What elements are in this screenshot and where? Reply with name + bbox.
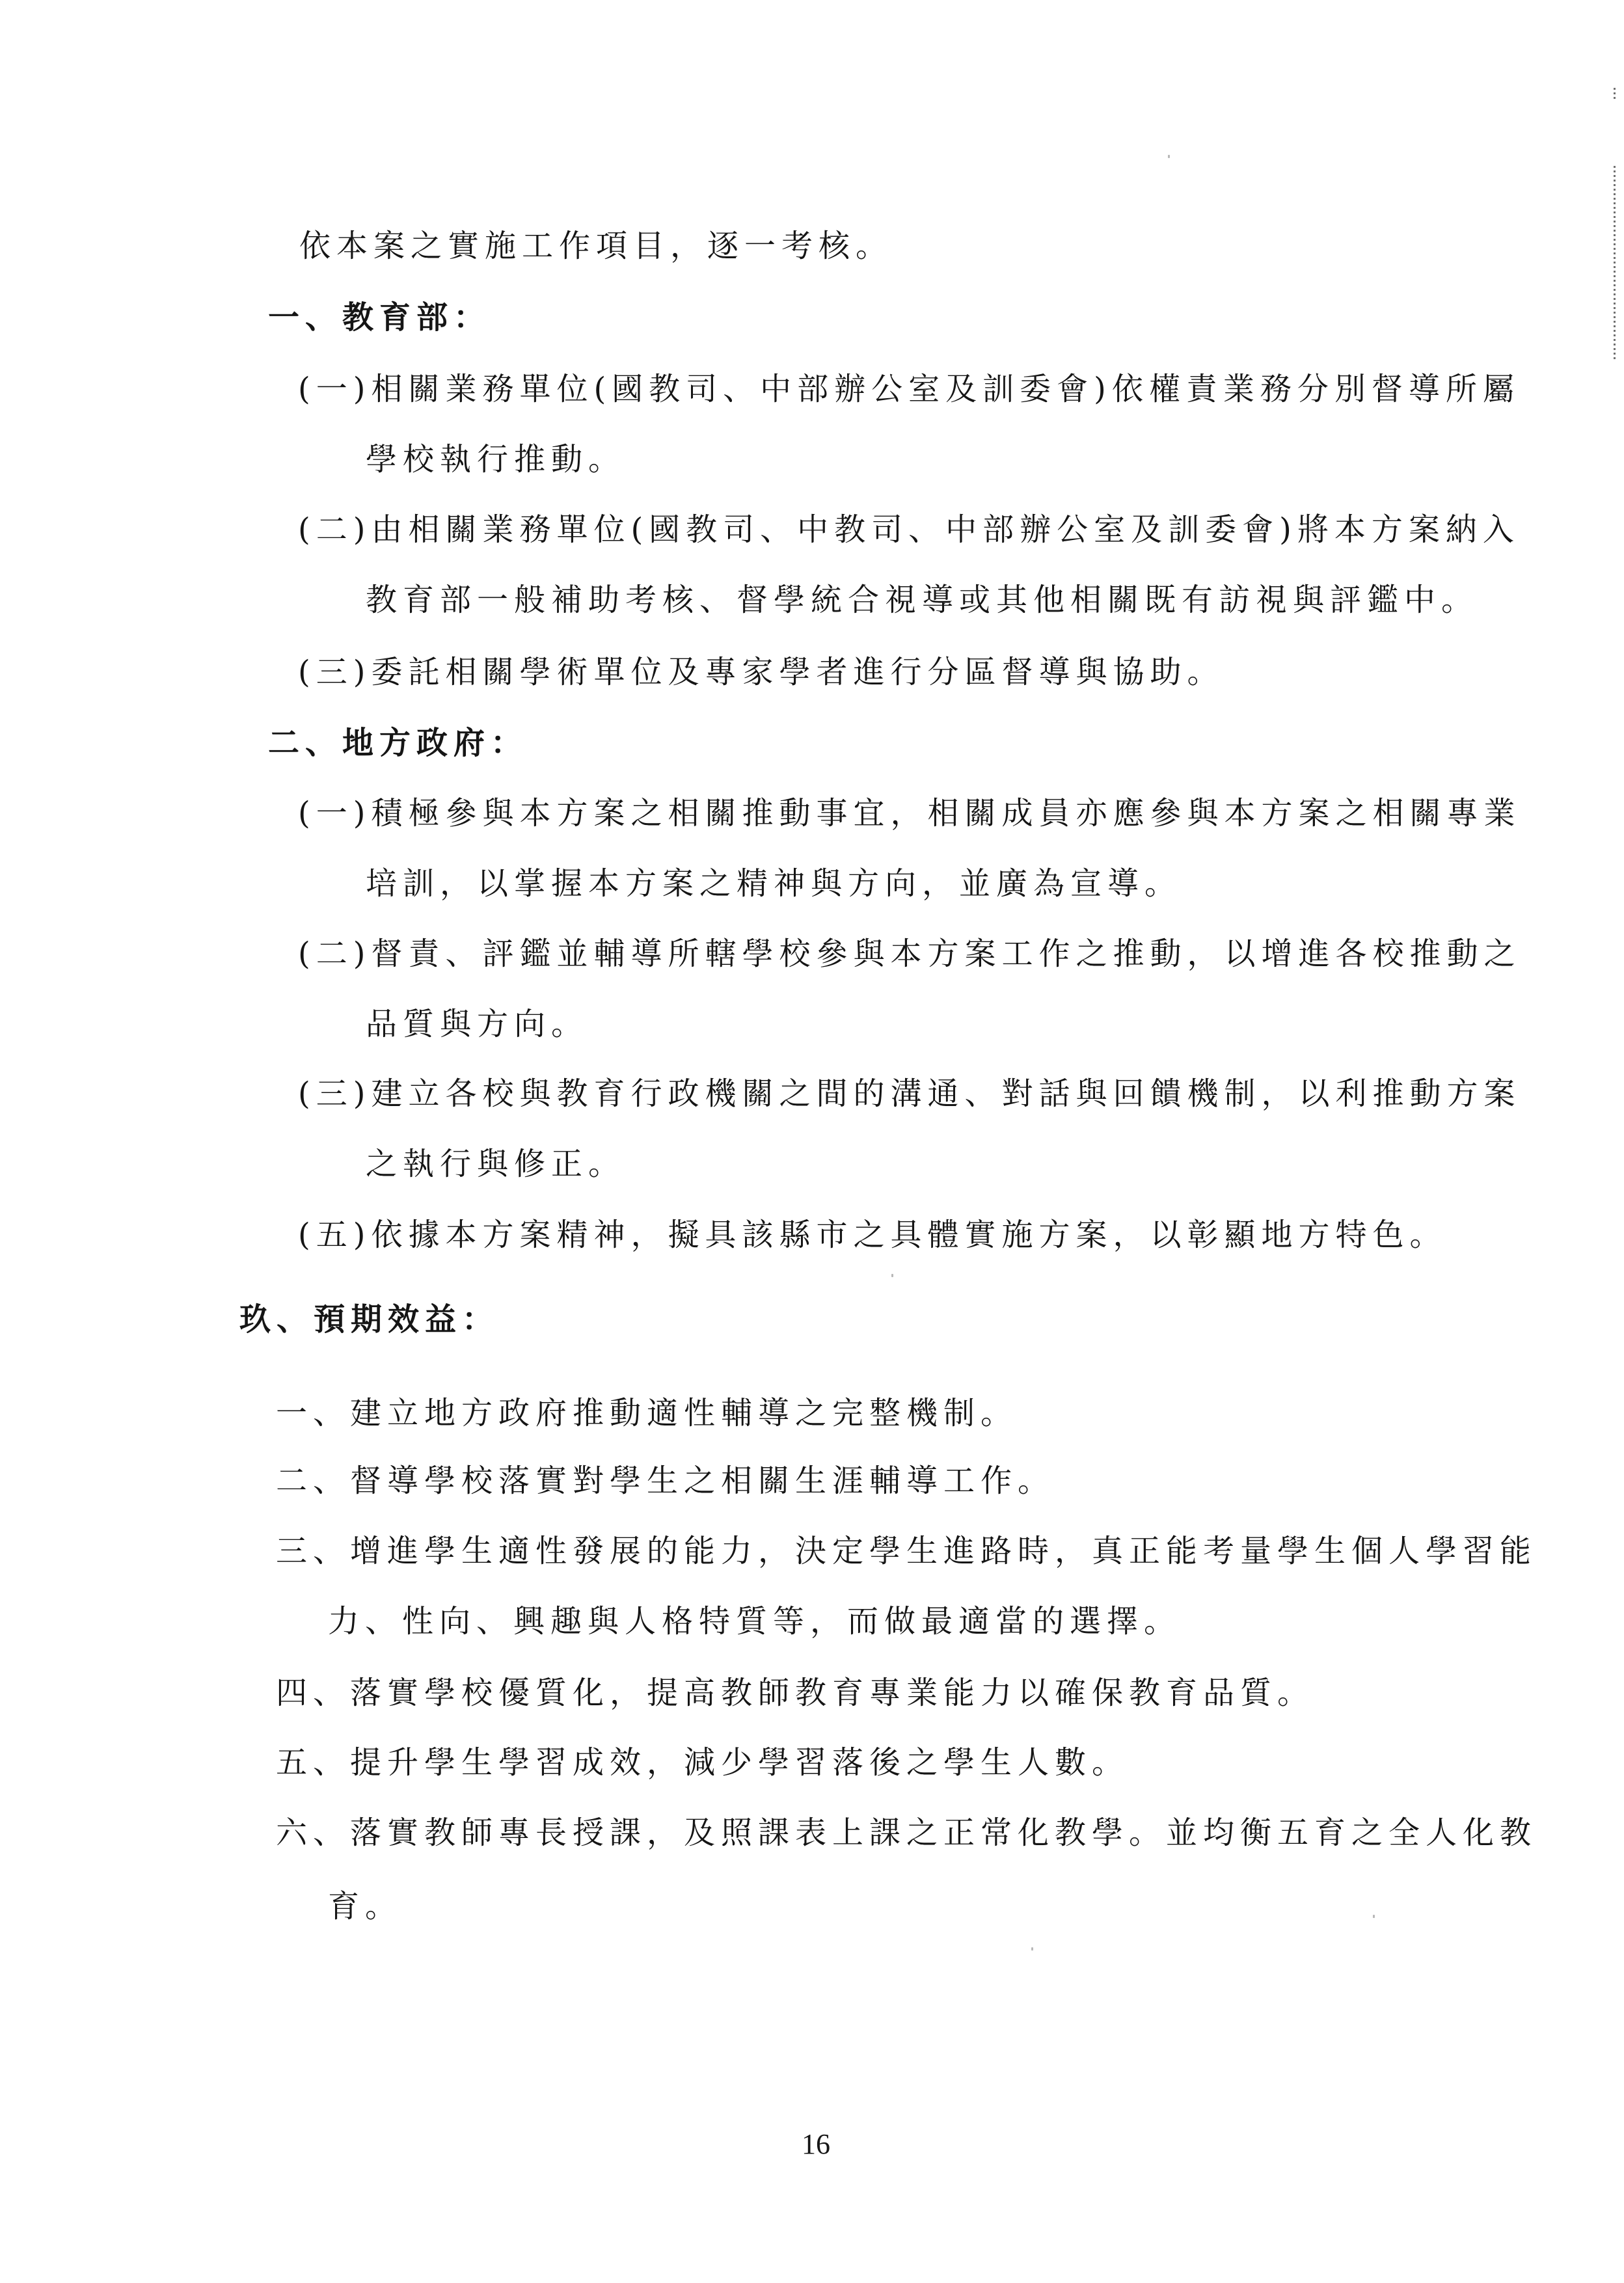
- ministry-item-1: (一)相關業務單位(國教司、中部辦公室及訓委會)依權責業務分別督導所屬: [298, 370, 1520, 409]
- section-heading-expected-benefits: 玖、預期效益：: [239, 1300, 499, 1339]
- intro-line: 依本案之實施工作項目，逐一考核。: [299, 226, 893, 265]
- local-gov-item-3-cont: 之執行與修正。: [366, 1144, 625, 1183]
- section-heading-local-gov: 二、地方政府：: [268, 723, 528, 763]
- scan-speck: [1031, 1947, 1033, 1951]
- benefit-item-5: 五、提升學生學習成效，減少學習落後之學生人數。: [276, 1743, 1129, 1782]
- scan-edge-mark: [1614, 88, 1616, 101]
- page-number: 16: [802, 2126, 830, 2163]
- local-gov-item-1: (一)積極參與本方案之相關推動事宜，相關成員亦應參與本方案之相關專業: [298, 794, 1521, 833]
- ministry-item-2: (二)由相關業務單位(國教司、中教司、中部辦公室及訓委會)將本方案納入: [298, 510, 1520, 549]
- scan-speck: [891, 1274, 893, 1277]
- local-gov-item-3: (三)建立各校與教育行政機關之間的溝通、對話與回饋機制，以利推動方案: [298, 1074, 1521, 1113]
- scan-speck: [1373, 1915, 1375, 1918]
- benefit-item-1: 一、建立地方政府推動適性輔導之完整機制。: [276, 1394, 1018, 1433]
- benefit-item-4: 四、落實學校優質化，提高教師教育專業能力以確保教育品質。: [276, 1673, 1314, 1712]
- benefit-item-3-cont: 力、性向、興趣與人格特質等，而做最適當的選擇。: [328, 1602, 1181, 1641]
- ministry-item-2-cont: 教育部一般補助考核、督學統合視導或其他相關既有訪視與評鑑中。: [366, 580, 1478, 619]
- ministry-item-3: (三)委託相關學術單位及專家學者進行分區督導與協助。: [298, 653, 1224, 692]
- scan-speck: [1168, 155, 1170, 158]
- section-heading-ministry: 一、教育部：: [268, 298, 491, 337]
- local-gov-item-5: (五)依據本方案精神，擬具該縣市之具體實施方案，以彰顯地方特色。: [298, 1215, 1446, 1254]
- document-page: 依本案之實施工作項目，逐一考核。 一、教育部： (一)相關業務單位(國教司、中部…: [0, 0, 1624, 2283]
- benefit-item-2: 二、督導學校落實對學生之相關生涯輔導工作。: [276, 1461, 1055, 1500]
- ministry-item-1-cont: 學校執行推動。: [366, 440, 625, 479]
- scan-edge-mark: [1614, 166, 1616, 361]
- benefit-item-6-cont: 育。: [328, 1887, 402, 1926]
- local-gov-item-2: (二)督責、評鑑並輔導所轄學校參與本方案工作之推動，以增進各校推動之: [298, 934, 1521, 973]
- local-gov-item-2-cont: 品質與方向。: [366, 1005, 588, 1044]
- benefit-item-3: 三、增進學生適性發展的能力，決定學生進路時，真正能考量學生個人學習能: [276, 1532, 1537, 1571]
- benefit-item-6: 六、落實教師專長授課，及照課表上課之正常化教學。並均衡五育之全人化教: [276, 1813, 1537, 1852]
- local-gov-item-1-cont: 培訓，以掌握本方案之精神與方向，並廣為宣導。: [366, 864, 1182, 903]
